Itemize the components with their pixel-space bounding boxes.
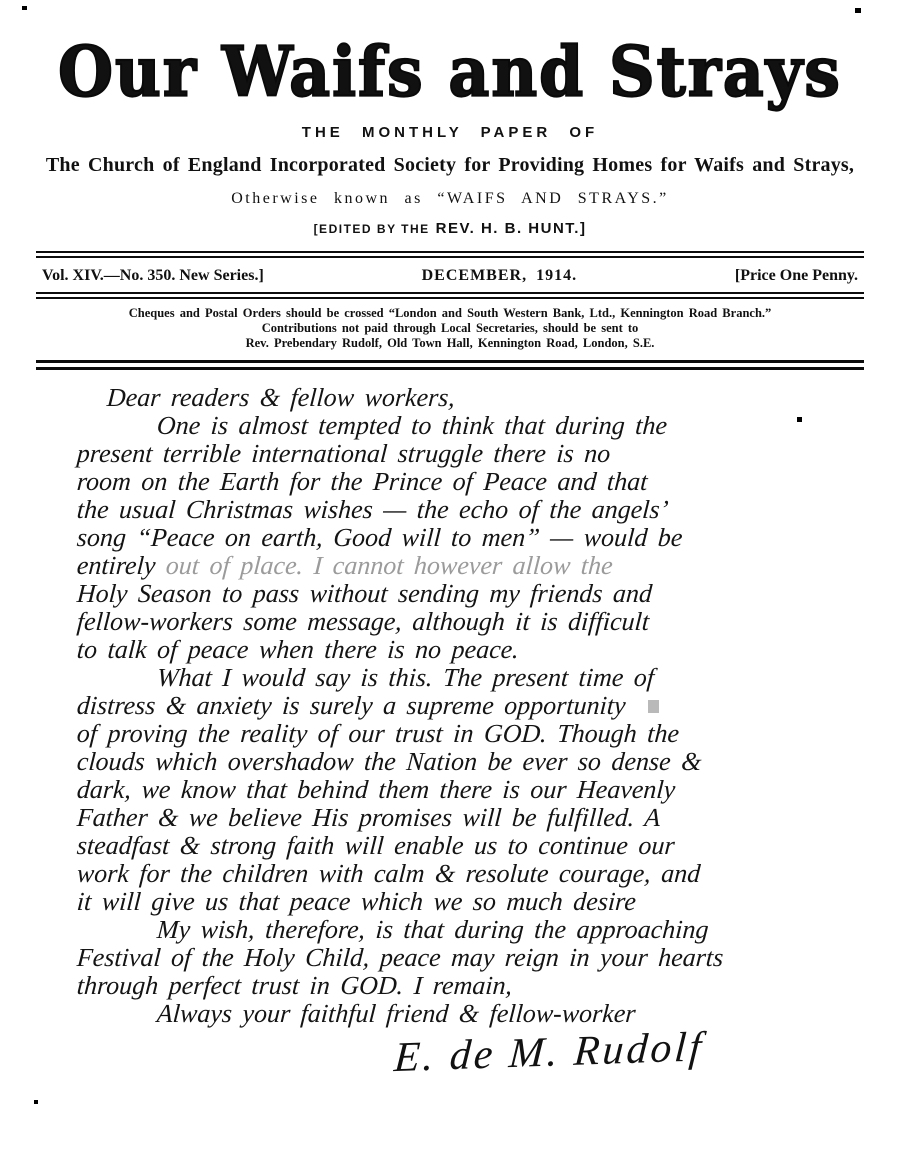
letter-text: through perfect trust in GOD. I remain, xyxy=(76,971,513,1000)
letter-text: present terrible international struggle … xyxy=(76,439,611,468)
letter-line: My wish, therefore, is that during the a… xyxy=(76,916,842,944)
letter-body: Dear readers & fellow workers,One is alm… xyxy=(76,384,840,1028)
editor-name: REV. H. B. HUNT.] xyxy=(436,220,587,237)
letter-line: fellow-workers some message, although it… xyxy=(76,608,842,636)
letter-text: dark, we know that behind them there is … xyxy=(76,775,676,804)
letter-line: of proving the reality of our trust in G… xyxy=(76,720,842,748)
letter-line: Dear readers & fellow workers, xyxy=(76,384,842,412)
letter-line: Father & we believe His promises will be… xyxy=(76,804,842,832)
letter-text: room on the Earth for the Prince of Peac… xyxy=(76,467,649,496)
scan-artifact xyxy=(34,1100,38,1104)
society-name-line: The Church of England Incorporated Socie… xyxy=(0,154,900,177)
edited-by-line: [EDITED BY THE REV. H. B. HUNT.] xyxy=(0,220,900,238)
letter-line: What I would say is this. The present ti… xyxy=(76,664,842,692)
letter-text: it will give us that peace which we so m… xyxy=(76,887,637,916)
double-rule-middle xyxy=(36,292,864,299)
letter-text: work for the children with calm & resolu… xyxy=(76,859,701,888)
notice-line-2: Contributions not paid through Local Sec… xyxy=(0,321,900,336)
letter-line: steadfast & strong faith will enable us … xyxy=(76,832,842,860)
letter-text: Festival of the Holy Child, peace may re… xyxy=(76,943,724,972)
double-rule-top xyxy=(36,251,864,258)
letter-text: Holy Season to pass without sending my f… xyxy=(76,579,653,608)
letter-line: dark, we know that behind them there is … xyxy=(76,776,842,804)
letter-text: the usual Christmas wishes — the echo of… xyxy=(76,495,669,524)
letter-text: One is almost tempted to think that duri… xyxy=(156,411,668,440)
letter-text: Dear readers & fellow workers, xyxy=(106,383,456,412)
letter-line: work for the children with calm & resolu… xyxy=(76,860,842,888)
letter-text: steadfast & strong faith will enable us … xyxy=(76,831,676,860)
letter-text: clouds which overshadow the Nation be ev… xyxy=(76,747,703,776)
issue-price: [Price One Penny. xyxy=(735,267,858,285)
letter-text: entirely xyxy=(76,551,167,580)
payment-notice: Cheques and Postal Orders should be cros… xyxy=(0,299,900,360)
letter-text: My wish, therefore, is that during the a… xyxy=(156,915,710,944)
letter-line: room on the Earth for the Prince of Peac… xyxy=(76,468,842,496)
letter-line: it will give us that peace which we so m… xyxy=(76,888,842,916)
letter-text: to talk of peace when there is no peace. xyxy=(76,635,520,664)
letter-text: What I would say is this. The present ti… xyxy=(156,663,655,692)
letter-line: song “Peace on earth, Good will to men” … xyxy=(76,524,842,552)
double-rule-bottom xyxy=(36,360,864,370)
scan-artifact xyxy=(648,700,659,713)
masthead: Our Waifs and Strays THE MONTHLY PAPER O… xyxy=(0,0,900,238)
scanned-page: Our Waifs and Strays THE MONTHLY PAPER O… xyxy=(0,0,900,1168)
letter-line: clouds which overshadow the Nation be ev… xyxy=(76,748,842,776)
volume-number: Vol. XIV.—No. 350. New Series.] xyxy=(42,267,264,285)
masthead-title: Our Waifs and Strays xyxy=(0,33,900,111)
letter-text: distress & anxiety is surely a supreme o… xyxy=(76,691,627,720)
letter-text: Always your faithful friend & fellow-wor… xyxy=(156,999,637,1028)
scan-artifact xyxy=(22,6,27,10)
scan-artifact xyxy=(855,8,861,13)
letter-line: entirely out of place. I cannot however … xyxy=(76,552,842,580)
letter-text: of proving the reality of our trust in G… xyxy=(76,719,680,748)
letter-line: One is almost tempted to think that duri… xyxy=(76,412,842,440)
letter-text: song “Peace on earth, Good will to men” … xyxy=(76,523,684,552)
letter-line: through perfect trust in GOD. I remain, xyxy=(76,972,842,1000)
letter-line: Holy Season to pass without sending my f… xyxy=(76,580,842,608)
letter-line: distress & anxiety is surely a supreme o… xyxy=(76,692,842,720)
scan-artifact xyxy=(797,417,802,422)
notice-line-3: Rev. Prebendary Rudolf, Old Town Hall, K… xyxy=(0,336,900,351)
issue-bar: Vol. XIV.—No. 350. New Series.] DECEMBER… xyxy=(0,258,900,292)
letter-text: Father & we believe His promises will be… xyxy=(76,803,661,832)
issue-date: DECEMBER, 1914. xyxy=(422,267,577,285)
otherwise-known-line: Otherwise known as “WAIFS AND STRAYS.” xyxy=(0,190,900,208)
notice-line-1: Cheques and Postal Orders should be cros… xyxy=(0,306,900,321)
monthly-paper-line: THE MONTHLY PAPER OF xyxy=(0,124,900,141)
letter-text-faded: out of place. I cannot however allow the xyxy=(165,551,614,580)
letter-line: the usual Christmas wishes — the echo of… xyxy=(76,496,842,524)
letter-text: fellow-workers some message, although it… xyxy=(76,607,650,636)
letter-line: Festival of the Holy Child, peace may re… xyxy=(76,944,842,972)
letter-line: present terrible international struggle … xyxy=(76,440,842,468)
edited-by-prefix: [EDITED BY THE xyxy=(314,222,430,236)
letter-line: to talk of peace when there is no peace. xyxy=(76,636,842,664)
